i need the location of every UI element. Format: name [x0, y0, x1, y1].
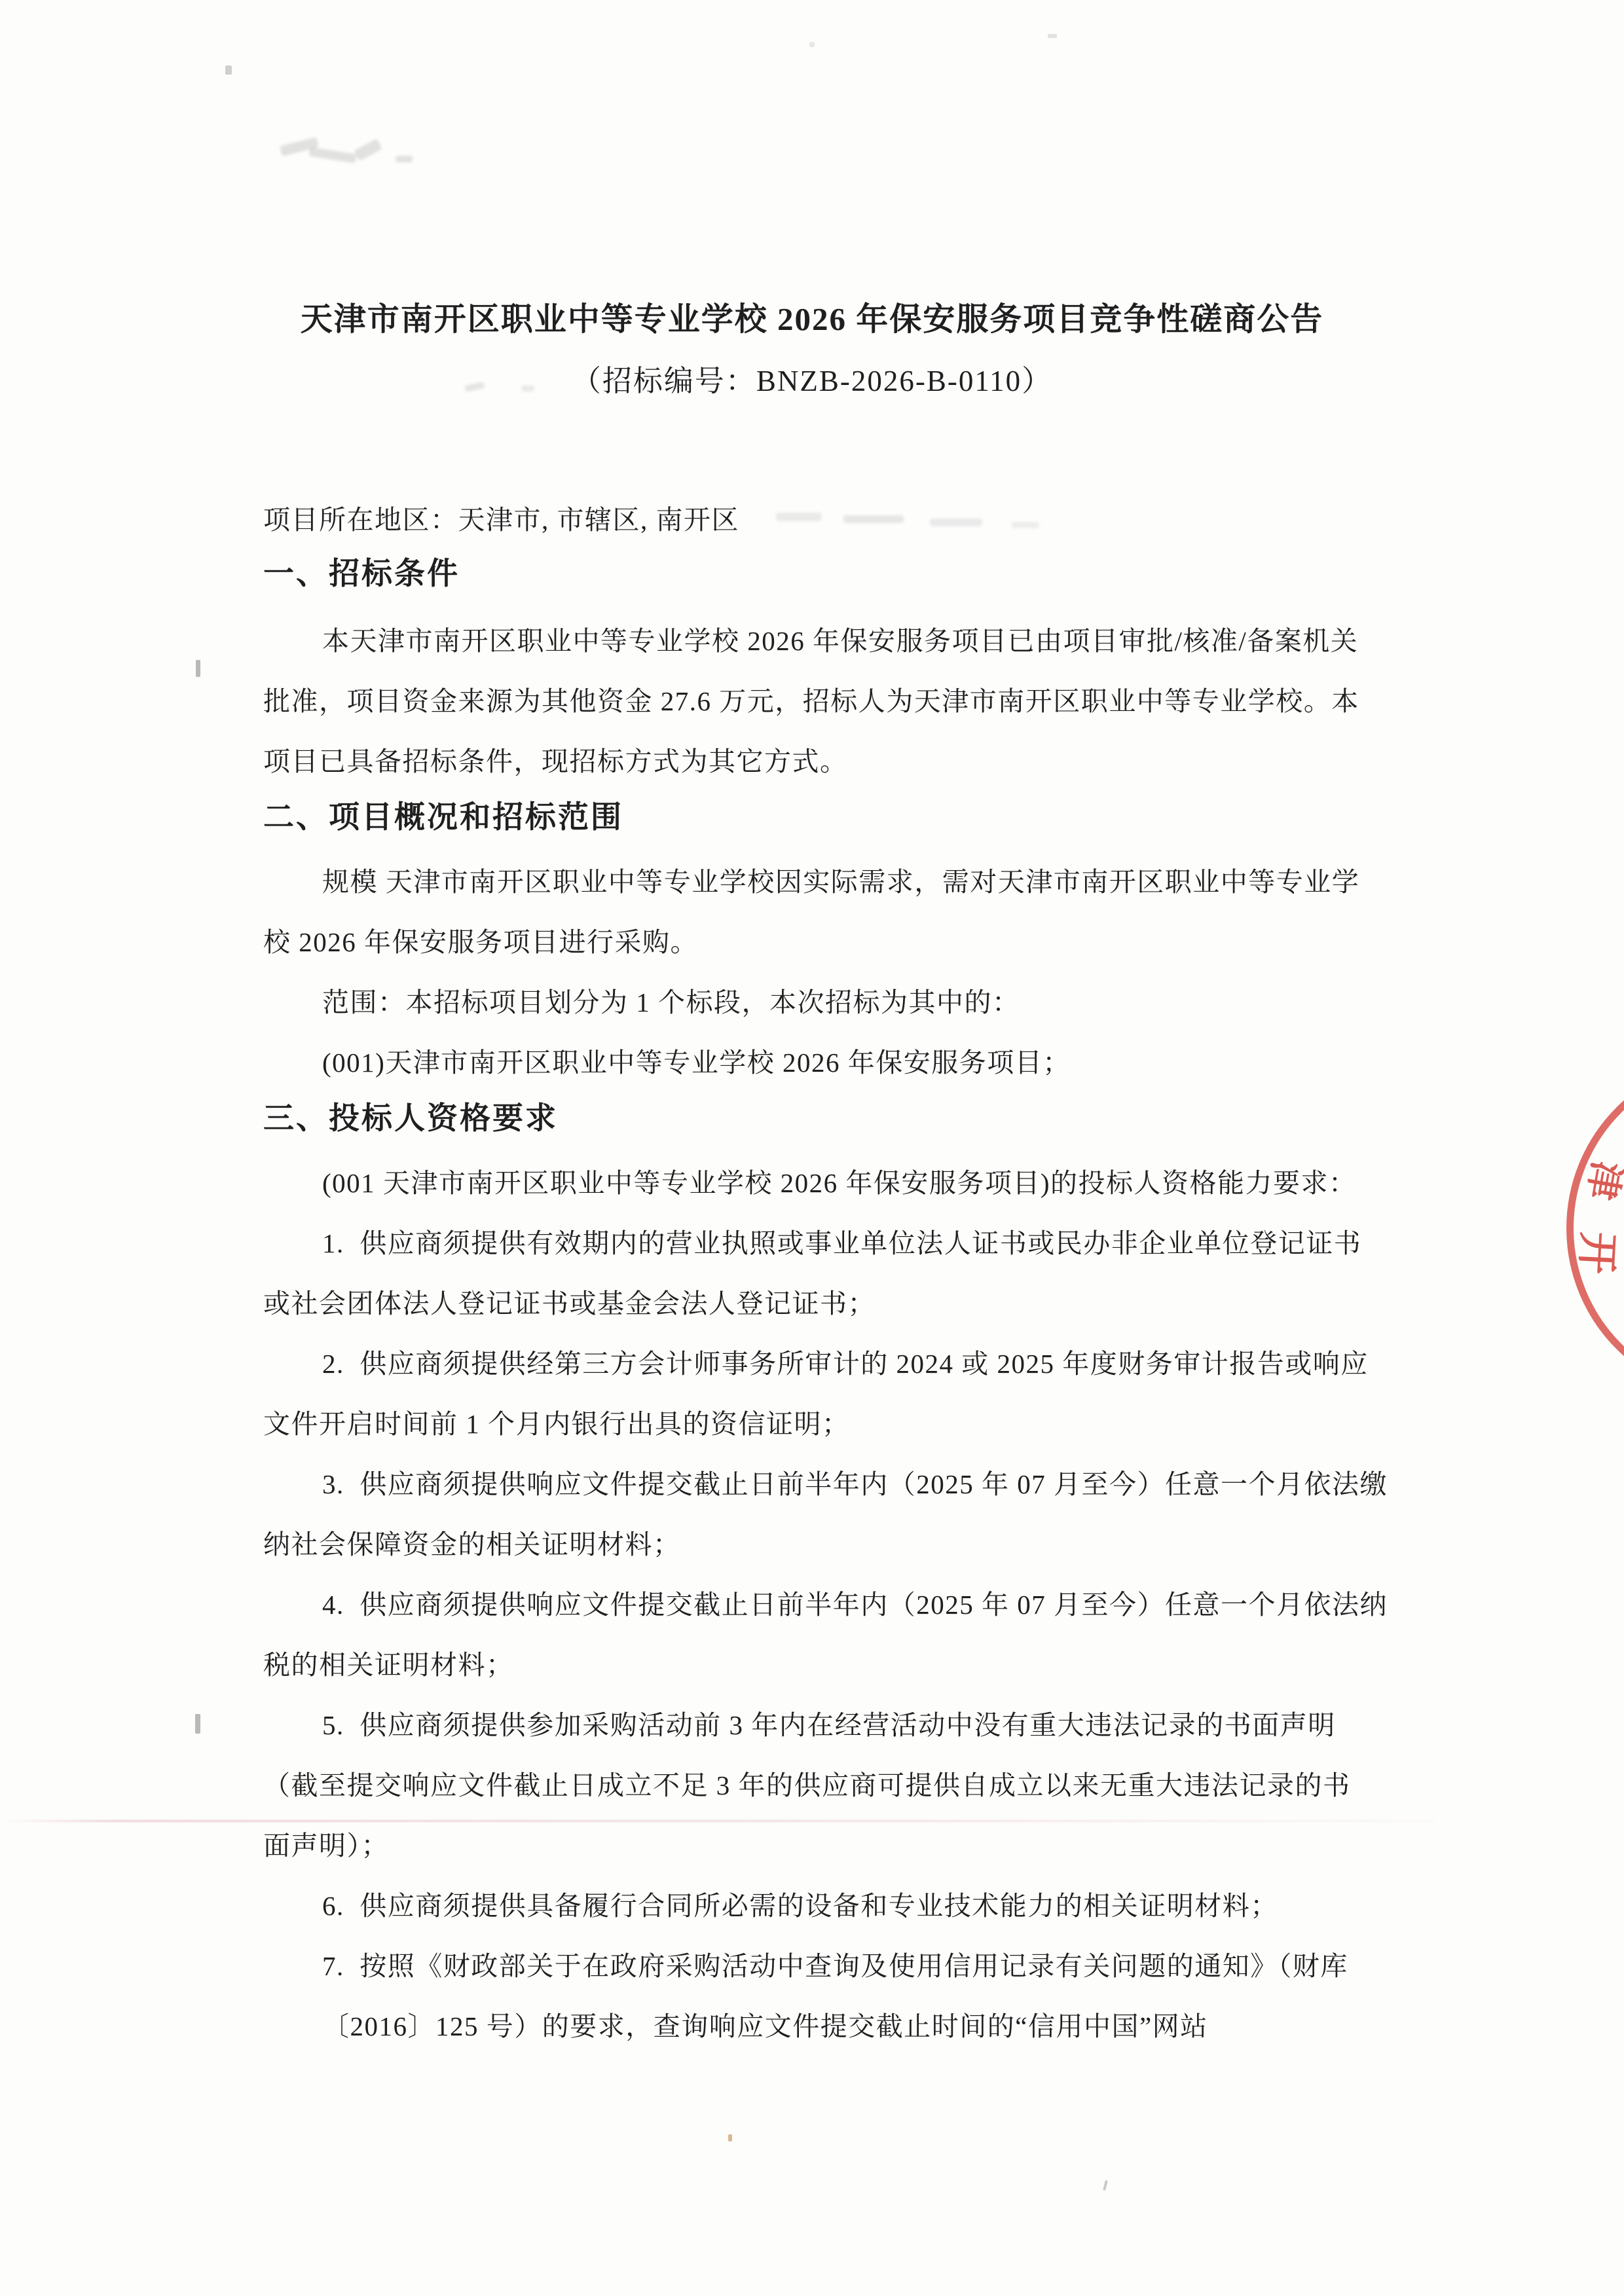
doc-line: 纳社会保障资金的相关证明材料；: [263, 1527, 1442, 1561]
doc-line: 校 2026 年保安服务项目进行采购。: [263, 925, 1442, 959]
doc-line: 范围：本招标项目划分为 1 个标段，本次招标为其中的：: [263, 985, 1501, 1019]
scan-smudge: [354, 139, 382, 162]
doc-line: 税的相关证明材料；: [263, 1648, 1442, 1682]
doc-line: 〔2016〕125 号）的要求，查询响应文件提交截止时间的“信用中国”网站: [263, 2009, 1501, 2043]
document-title: 天津市南开区职业中等专业学校 2026 年保安服务项目竞争性磋商公告: [0, 294, 1624, 340]
scanned-document-page: 天津市南开区职业中等专业学校 2026 年保安服务项目竞争性磋商公告 （招标编号…: [0, 0, 1624, 2296]
red-stamp-arc: [1566, 1057, 1624, 1399]
doc-line: 规模 天津市南开区职业中等专业学校因实际需求，需对天津市南开区职业中等专业学: [263, 865, 1501, 899]
doc-line: 6. 供应商须提供具备履行合同所必需的设备和专业技术能力的相关证明材料；: [263, 1889, 1501, 1923]
scan-speck: [1048, 34, 1057, 38]
scan-artifact-line: [0, 1820, 1434, 1822]
scan-speck: [1103, 2180, 1108, 2191]
doc-line: 1. 供应商须提供有效期内的营业执照或事业单位法人证书或民办非企业单位登记证书: [263, 1226, 1501, 1260]
doc-line: 2. 供应商须提供经第三方会计师事务所审计的 2024 或 2025 年度财务审…: [263, 1347, 1501, 1381]
scan-smudge: [308, 147, 356, 163]
doc-line: 或社会团体法人登记证书或基金会法人登记证书；: [263, 1286, 1442, 1321]
doc-line: 项目已具备招标条件，现招标方式为其它方式。: [263, 744, 1442, 778]
stamp-character: 开: [1569, 1231, 1624, 1276]
doc-line: 5. 供应商须提供参加采购活动前 3 年内在经营活动中没有重大违法记录的书面声明: [263, 1708, 1501, 1742]
scan-speck: [728, 2134, 732, 2141]
scan-smudge: [396, 156, 413, 162]
doc-line: 3. 供应商须提供响应文件提交截止日前半年内（2025 年 07 月至今）任意一…: [263, 1467, 1501, 1501]
doc-line: 批准，项目资金来源为其他资金 27.6 万元，招标人为天津市南开区职业中等专业学…: [263, 684, 1442, 718]
doc-line: 4. 供应商须提供响应文件提交截止日前半年内（2025 年 07 月至今）任意一…: [263, 1588, 1501, 1622]
scan-speck: [225, 65, 232, 75]
doc-line: (001 天津市南开区职业中等专业学校 2026 年保安服务项目)的投标人资格能…: [263, 1166, 1501, 1200]
doc-line: 本天津市南开区职业中等专业学校 2026 年保安服务项目已由项目审批/核准/备案…: [263, 624, 1501, 658]
scan-speck: [809, 42, 815, 47]
scan-speck: [195, 1714, 200, 1734]
tender-number-subtitle: （招标编号：BNZB-2026-B-0110）: [0, 357, 1624, 399]
doc-line: 面声明）；: [263, 1829, 1442, 1863]
section-3-heading: 三、投标人资格要求: [263, 1102, 1442, 1136]
project-location-line: 项目所在地区：天津市, 市辖区, 南开区: [263, 503, 1442, 537]
doc-line: （截至提交响应文件截止日成立不足 3 年的供应商可提供自成立以来无重大违法记录的…: [263, 1768, 1442, 1802]
section-1-heading: 一、招标条件: [263, 557, 1442, 591]
doc-line: 7. 按照《财政部关于在政府采购活动中查询及使用信用记录有关问题的通知》（财库: [263, 1949, 1501, 1983]
doc-line: 文件开启时间前 1 个月内银行出具的资信证明；: [263, 1407, 1442, 1441]
scan-speck: [196, 660, 200, 677]
doc-line: (001)天津市南开区职业中等专业学校 2026 年保安服务项目；: [263, 1046, 1501, 1080]
section-2-heading: 二、项目概况和招标范围: [263, 801, 1442, 835]
